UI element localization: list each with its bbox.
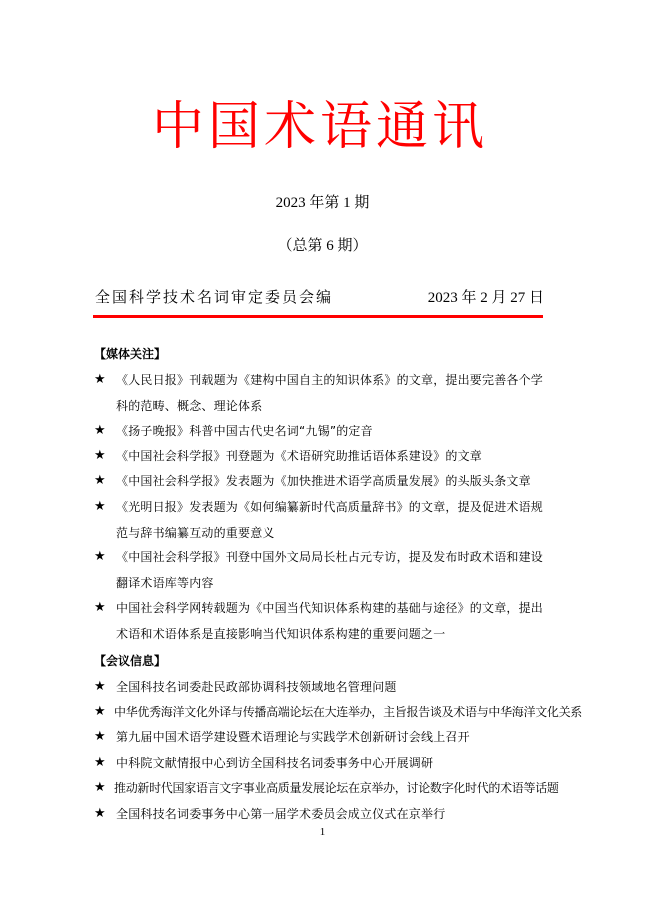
page-number: 1 bbox=[0, 826, 645, 838]
list-item: ★ 中华优秀海洋文化外译与传播高端论坛在大连举办，主旨报告谈及术语与中华海洋文化… bbox=[94, 699, 564, 725]
star-bullet-icon: ★ bbox=[94, 544, 110, 570]
star-bullet-icon: ★ bbox=[94, 775, 110, 801]
star-bullet-icon: ★ bbox=[94, 494, 110, 520]
item-text: 中华优秀海洋文化外译与传播高端论坛在大连举办，主旨报告谈及术语与中华海洋文化关系 bbox=[114, 699, 566, 725]
newsletter-title: 中国术语通讯 bbox=[150, 92, 490, 162]
star-bullet-icon: ★ bbox=[94, 367, 110, 393]
list-item: ★ 《中国社会科学报》发表题为《加快推进术语学高质量发展》的头版头条文章 bbox=[94, 468, 554, 494]
star-bullet-icon: ★ bbox=[94, 418, 110, 444]
star-bullet-icon: ★ bbox=[94, 699, 110, 725]
list-item: ★ 全国科技名词委事务中心第一届学术委员会成立仪式在京举行 bbox=[94, 801, 554, 827]
section-heading-meetings: 【会议信息】 bbox=[94, 652, 166, 670]
newsletter-page: 中国术语通讯 2023 年第 1 期 （总第 6 期） 全国科学技术名词审定委员… bbox=[0, 0, 645, 905]
section-heading-media: 【媒体关注】 bbox=[94, 345, 166, 363]
list-item: ★ 全国科技名词委赴民政部协调科技领域地名管理问题 bbox=[94, 674, 554, 700]
list-item: ★ 《扬子晚报》科普中国古代史名词“九锡”的定音 bbox=[94, 418, 554, 444]
editor-row: 全国科学技术名词审定委员会编 2023 年 2 月 27 日 bbox=[95, 287, 544, 309]
item-text: 第九届中国术语学建设暨术语理论与实践学术创新研讨会线上召开 bbox=[116, 724, 552, 750]
list-item: ★ 第九届中国术语学建设暨术语理论与实践学术创新研讨会线上召开 bbox=[94, 724, 554, 750]
total-issue-number: （总第 6 期） bbox=[0, 236, 645, 256]
item-text: 《中国社会科学报》刊登题为《术语研究助推话语体系建设》的文章 bbox=[116, 443, 552, 469]
item-text: 中科院文献情报中心到访全国科技名词委事务中心开展调研 bbox=[116, 750, 552, 776]
list-item: ★ 中科院文献情报中心到访全国科技名词委事务中心开展调研 bbox=[94, 750, 554, 776]
star-bullet-icon: ★ bbox=[94, 595, 110, 621]
red-divider bbox=[93, 315, 543, 318]
star-bullet-icon: ★ bbox=[94, 468, 110, 494]
list-item: ★ 《中国社会科学报》刊登题为《术语研究助推话语体系建设》的文章 bbox=[94, 443, 554, 469]
star-bullet-icon: ★ bbox=[94, 801, 110, 827]
star-bullet-icon: ★ bbox=[94, 443, 110, 469]
item-text: 《人民日报》刊载题为《建构中国自主的知识体系》的文章，提出要完善各个学科的范畴、… bbox=[116, 367, 552, 419]
issue-number: 2023 年第 1 期 bbox=[0, 193, 645, 213]
list-item: ★ 中国社会科学网转载题为《中国当代知识体系构建的基础与途径》的文章，提出术语和… bbox=[94, 595, 554, 647]
item-text: 全国科技名词委事务中心第一届学术委员会成立仪式在京举行 bbox=[116, 801, 552, 827]
list-item: ★ 《中国社会科学报》刊登中国外文局局长杜占元专访，提及发布时政术语和建设翻译术… bbox=[94, 544, 554, 596]
item-text: 《扬子晚报》科普中国古代史名词“九锡”的定音 bbox=[116, 418, 552, 444]
item-text: 《光明日报》发表题为《如何编纂新时代高质量辞书》的文章，提及促进术语规范与辞书编… bbox=[116, 494, 552, 546]
star-bullet-icon: ★ bbox=[94, 724, 110, 750]
item-text: 《中国社会科学报》发表题为《加快推进术语学高质量发展》的头版头条文章 bbox=[116, 468, 552, 494]
editor-name: 全国科学技术名词审定委员会编 bbox=[95, 287, 333, 309]
item-text: 全国科技名词委赴民政部协调科技领域地名管理问题 bbox=[116, 674, 552, 700]
item-text: 推动新时代国家语言文字事业高质量发展论坛在京举办，讨论数字化时代的术语等话题 bbox=[114, 775, 566, 801]
star-bullet-icon: ★ bbox=[94, 750, 110, 776]
item-text: 《中国社会科学报》刊登中国外文局局长杜占元专访，提及发布时政术语和建设翻译术语库… bbox=[116, 544, 552, 596]
item-text: 中国社会科学网转载题为《中国当代知识体系构建的基础与途径》的文章，提出术语和术语… bbox=[116, 595, 552, 647]
list-item: ★ 《人民日报》刊载题为《建构中国自主的知识体系》的文章，提出要完善各个学科的范… bbox=[94, 367, 554, 419]
publish-date: 2023 年 2 月 27 日 bbox=[428, 287, 544, 309]
list-item: ★ 推动新时代国家语言文字事业高质量发展论坛在京举办，讨论数字化时代的术语等话题 bbox=[94, 775, 564, 801]
star-bullet-icon: ★ bbox=[94, 674, 110, 700]
list-item: ★ 《光明日报》发表题为《如何编纂新时代高质量辞书》的文章，提及促进术语规范与辞… bbox=[94, 494, 554, 546]
